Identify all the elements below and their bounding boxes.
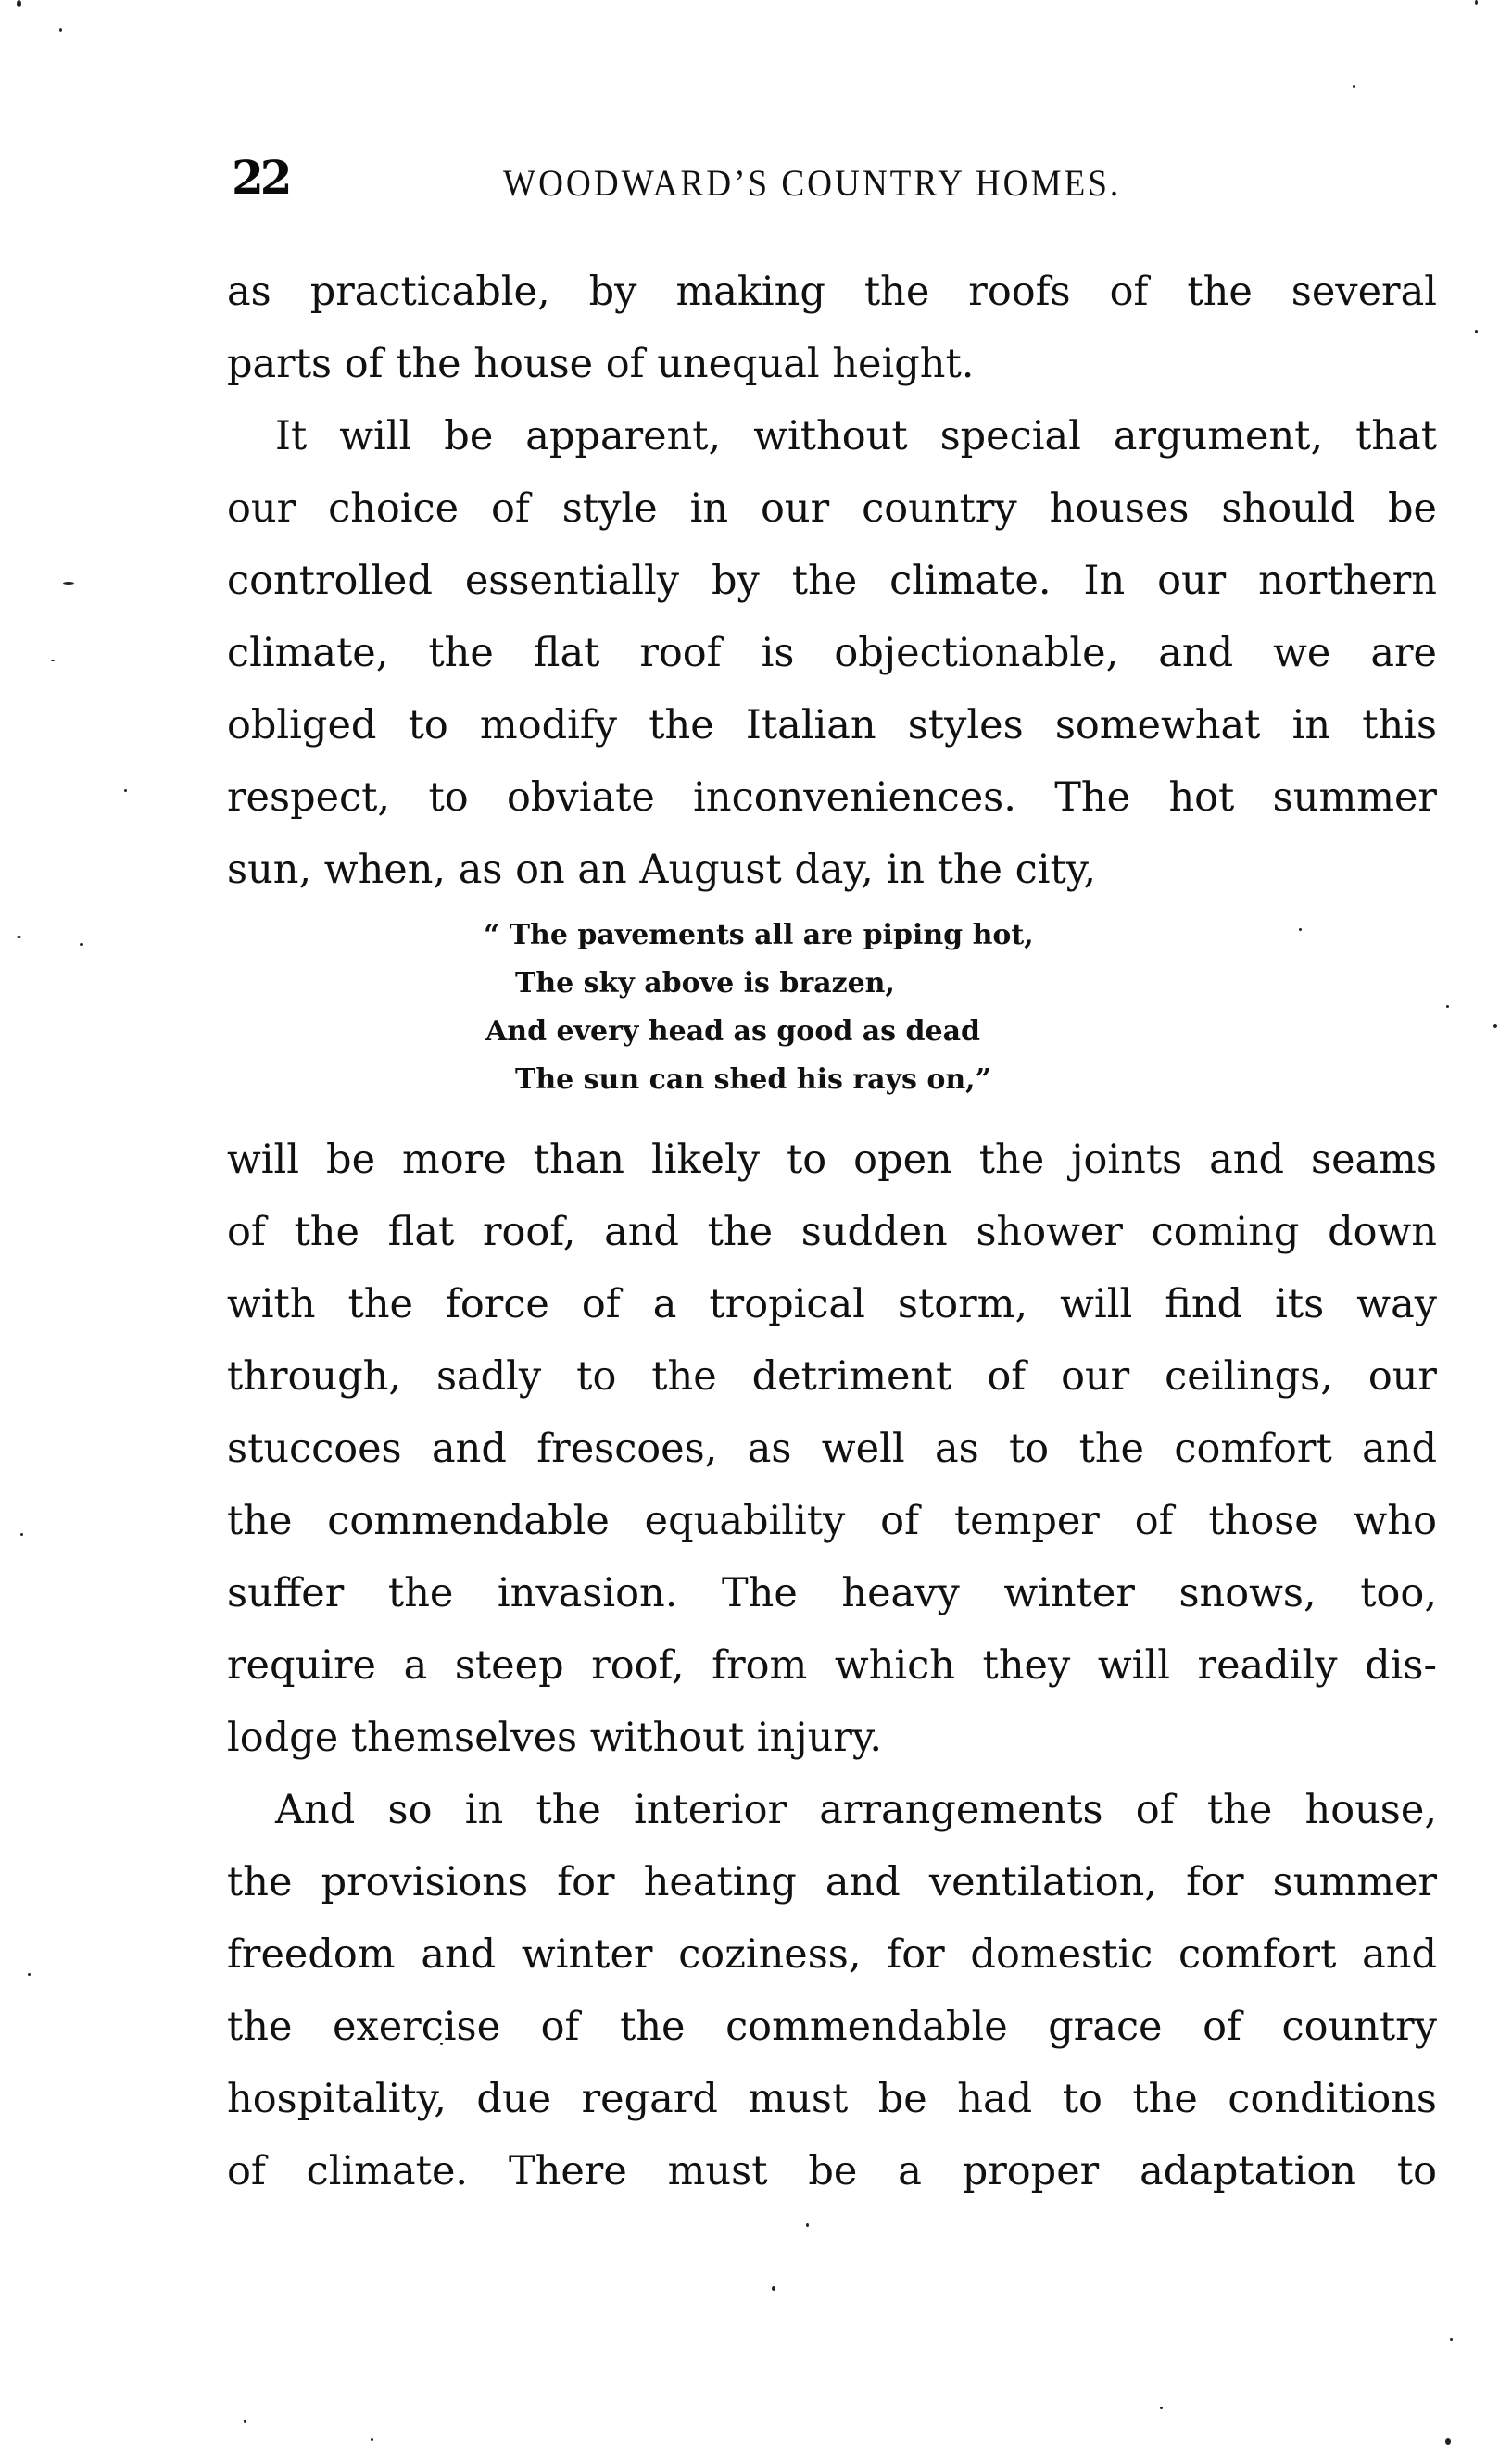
body-line: as practicable, by making the roofs of t… xyxy=(227,264,1437,320)
scan-speck xyxy=(371,2438,373,2441)
body-line: will be more than likely to open the joi… xyxy=(227,1132,1437,1188)
body-line: the commendable equability of temper of … xyxy=(227,1493,1437,1549)
scan-speck xyxy=(1493,1024,1497,1028)
body-line: stuccoes and frescoes, as well as to the… xyxy=(227,1421,1437,1477)
scan-speck xyxy=(1160,2407,1163,2409)
scan-speck xyxy=(17,0,21,7)
body-line: obliged to modify the Italian styles som… xyxy=(227,698,1437,753)
scan-speck xyxy=(772,2286,775,2291)
verse-line: The sky above is brazen, xyxy=(515,965,895,1002)
body-line: And so in the interior arrangements of t… xyxy=(227,1782,1437,1838)
body-line: through, sadly to the detriment of our c… xyxy=(227,1349,1437,1404)
scan-speck xyxy=(51,660,55,661)
scan-speck xyxy=(28,1973,31,1976)
scan-speck xyxy=(1299,928,1302,931)
body-line: freedom and winter coziness, for domesti… xyxy=(227,1927,1437,1982)
body-line: lodge themselves without injury. xyxy=(227,1710,1437,1766)
body-line: suffer the invasion. The heavy winter sn… xyxy=(227,1565,1437,1621)
scan-speck xyxy=(1445,2438,1451,2445)
scan-speck xyxy=(17,936,21,938)
body-line: our choice of style in our country house… xyxy=(227,481,1437,536)
body-line: of the flat roof, and the sudden shower … xyxy=(227,1204,1437,1260)
scan-speck xyxy=(806,2223,809,2227)
body-line: sun, when, as on an August day, in the c… xyxy=(227,842,1437,898)
book-page: 22 WOODWARD’S COUNTRY HOMES. as practica… xyxy=(0,0,1512,2464)
scan-speck xyxy=(1353,85,1355,88)
body-line: the exercise of the commendable grace of… xyxy=(227,1999,1437,2055)
body-line: the provisions for heating and ventilati… xyxy=(227,1854,1437,1910)
verse-line: And every head as good as dead xyxy=(485,1013,980,1050)
scan-speck xyxy=(20,1533,23,1536)
running-head: 22 WOODWARD’S COUNTRY HOMES. xyxy=(230,148,1443,207)
body-line: require a steep roof, from which they wi… xyxy=(227,1638,1437,1693)
scan-speck xyxy=(1450,2338,1453,2341)
scan-speck xyxy=(124,789,127,792)
body-line: It will be apparent, without special arg… xyxy=(227,409,1437,464)
scan-speck xyxy=(244,2420,246,2423)
page-number: 22 xyxy=(232,150,289,206)
body-line: with the force of a tropical storm, will… xyxy=(227,1276,1437,1332)
body-line: parts of the house of unequal height. xyxy=(227,336,1437,392)
body-line: hospitality, due regard must be had to t… xyxy=(227,2071,1437,2127)
scan-speck xyxy=(1475,0,1478,5)
body-line: respect, to obviate inconveniences. The … xyxy=(227,770,1437,825)
scan-speck xyxy=(59,28,62,32)
body-line: of climate. There must be a proper adapt… xyxy=(227,2143,1437,2199)
scan-speck xyxy=(440,2043,443,2045)
scan-speck xyxy=(1446,1005,1449,1008)
verse-line: “ The pavements all are piping hot, xyxy=(484,917,1034,954)
scan-speck xyxy=(1475,330,1478,333)
verse-line: The sun can shed his rays on,” xyxy=(515,1062,991,1099)
running-title: WOODWARD’S COUNTRY HOMES. xyxy=(503,161,1121,206)
body-line: climate, the flat roof is objectionable,… xyxy=(227,625,1437,681)
scan-speck xyxy=(80,943,83,946)
scan-speck xyxy=(63,582,74,585)
body-line: controlled essentially by the climate. I… xyxy=(227,553,1437,609)
